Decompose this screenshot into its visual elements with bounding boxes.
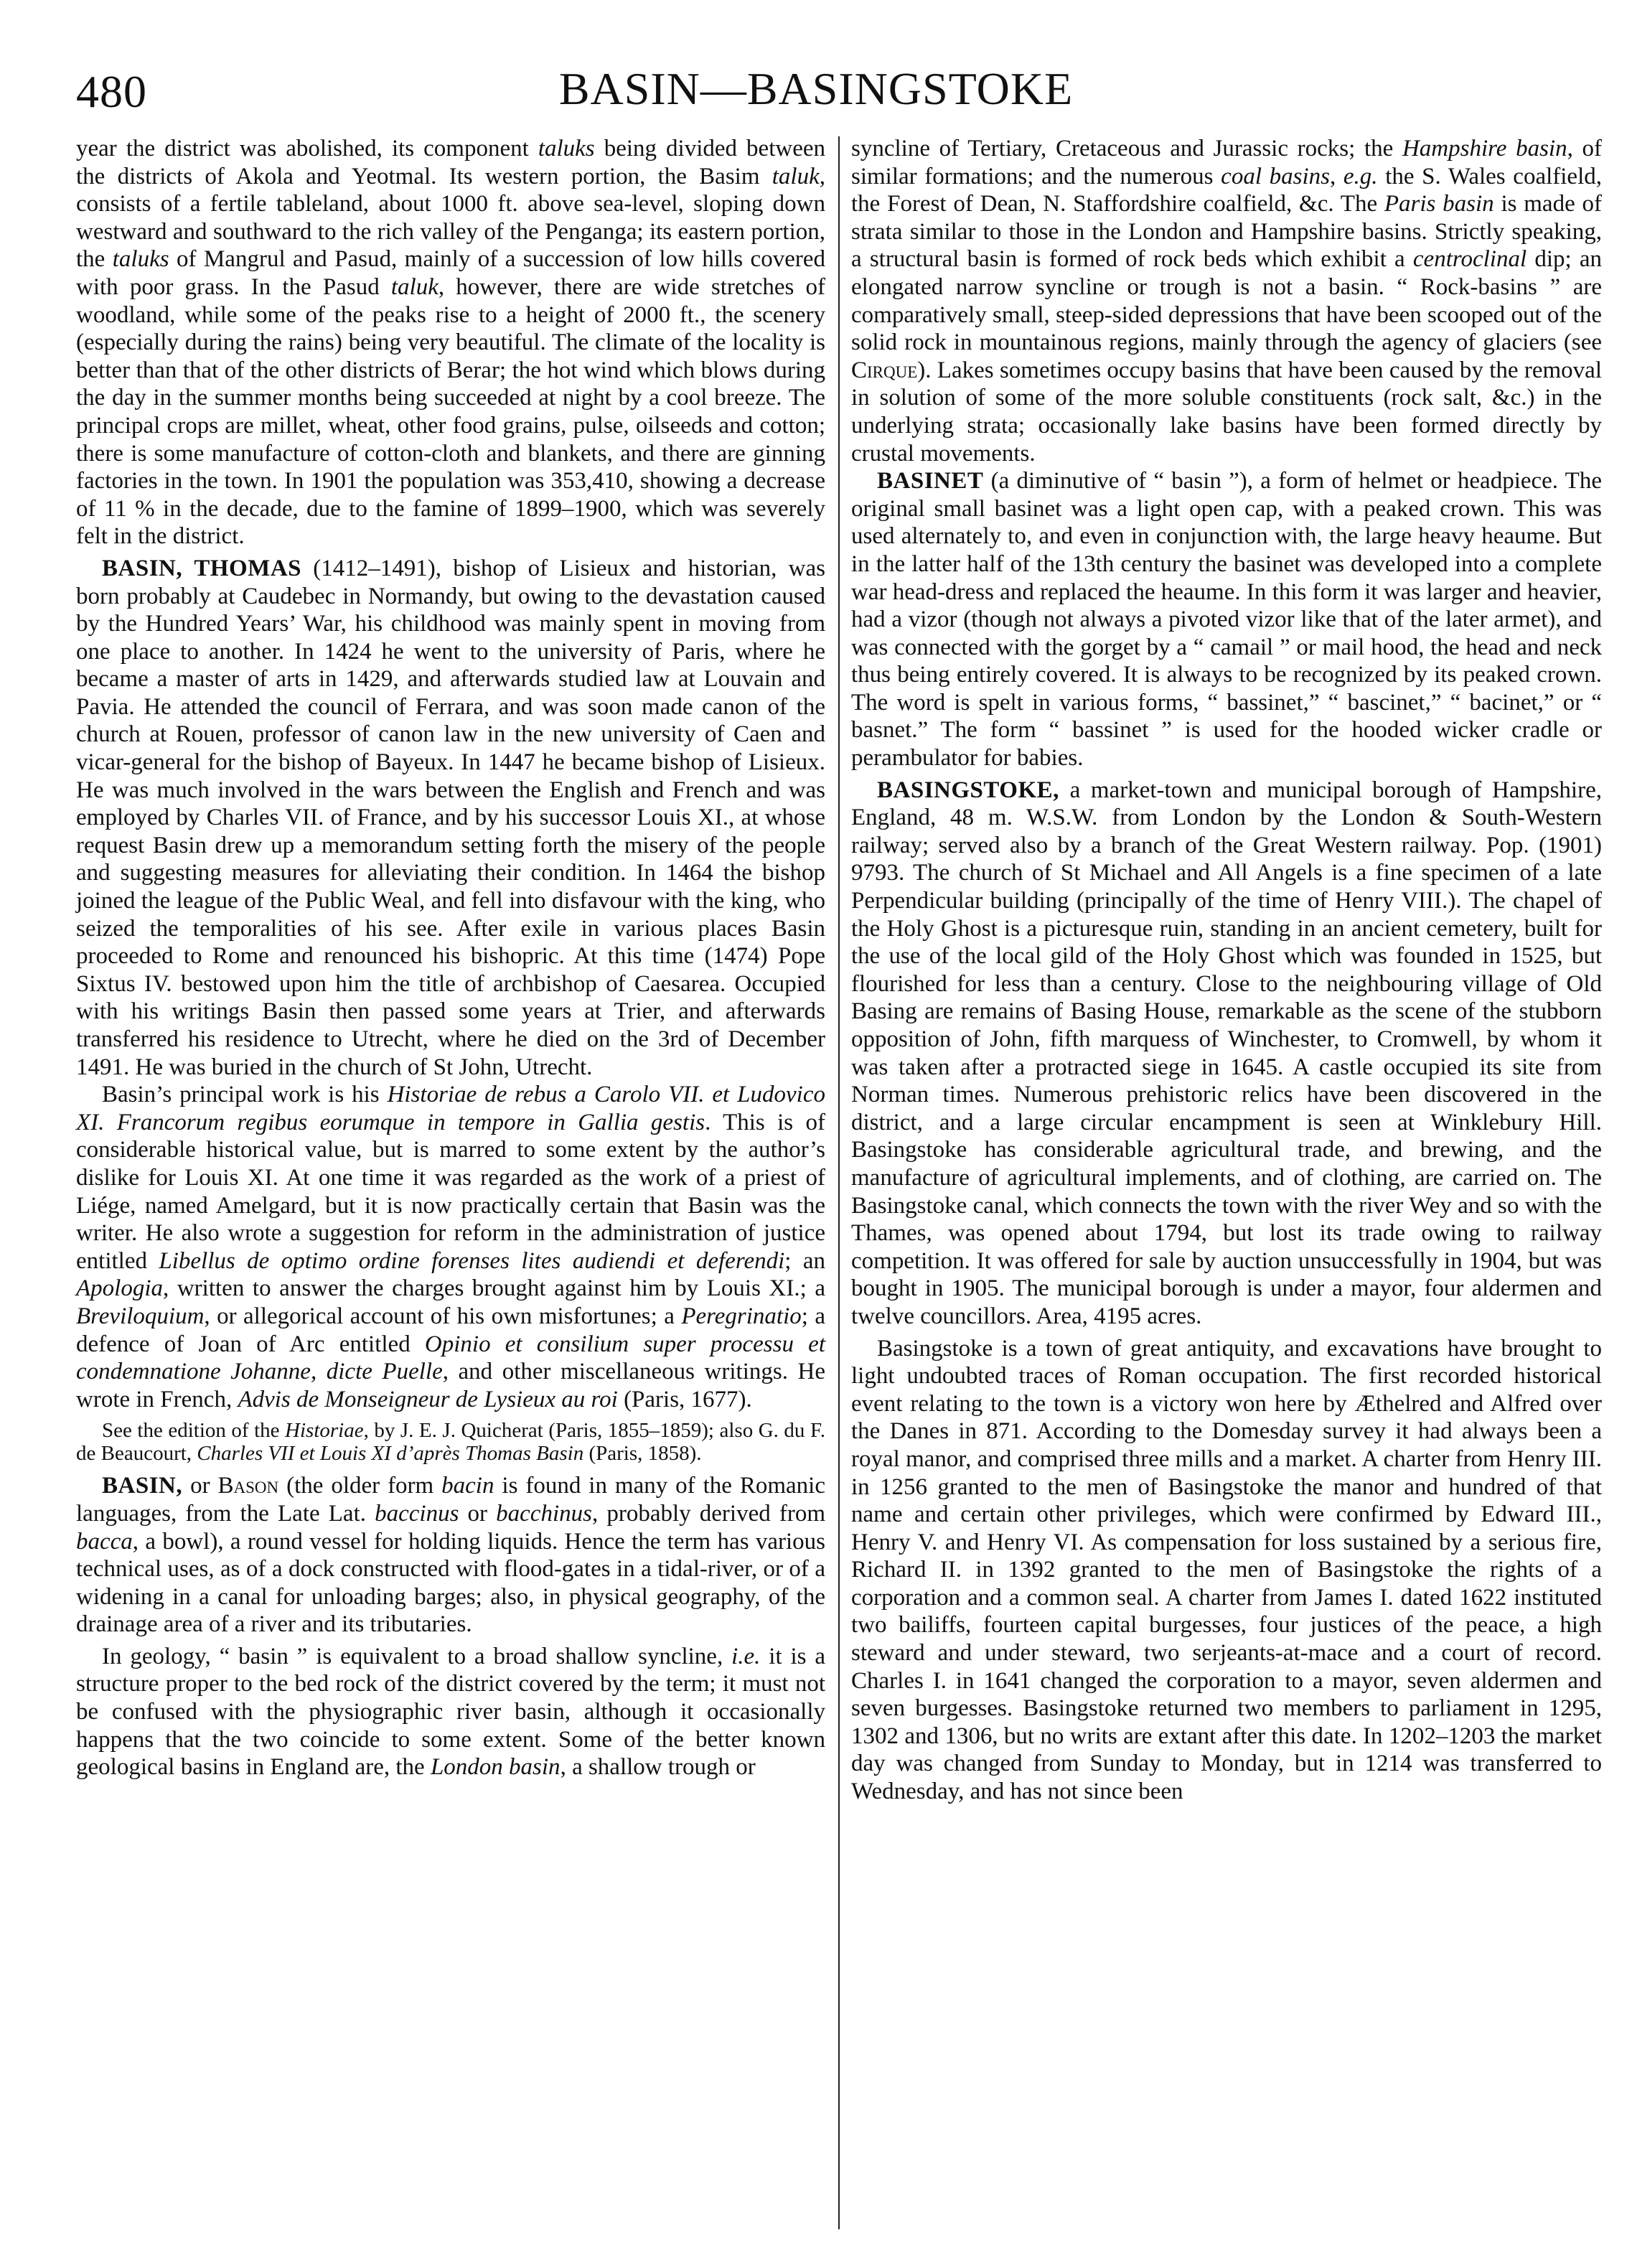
bibliography-note: See the edition of the Historiae, by J. … <box>76 1419 825 1465</box>
entry-basinet: BASINET (a diminutive of “ basin ”), a f… <box>851 467 1602 772</box>
headword: BASIN, <box>102 1473 182 1499</box>
paragraph-geology-continued: syncline of Tertiary, Cretaceous and Jur… <box>851 135 1602 467</box>
headword: BASIN, THOMAS <box>102 556 301 581</box>
paragraph-geology: In geology, “ basin ” is equivalent to a… <box>76 1643 825 1781</box>
headword: BASINGSTOKE, <box>877 777 1059 803</box>
entry-basingstoke: BASINGSTOKE, a market-town and municipal… <box>851 777 1602 1331</box>
paragraph-basin-works: Basin’s principal work is his Historiae … <box>76 1081 825 1413</box>
left-column: year the district was abolished, its com… <box>76 135 825 1781</box>
paragraph-basingstoke-history: Basingstoke is a town of great antiquity… <box>851 1335 1602 1806</box>
headword: BASINET <box>877 468 983 494</box>
entry-basin-thomas: BASIN, THOMAS (1412–1491), bishop of Lis… <box>76 555 825 1081</box>
column-divider <box>838 136 840 2229</box>
paragraph-berar-district: year the district was abolished, its com… <box>76 135 825 550</box>
right-column: syncline of Tertiary, Cretaceous and Jur… <box>851 135 1602 1806</box>
cross-reference-cirque: Cirque <box>851 357 917 383</box>
running-head: BASIN—BASINGSTOKE <box>0 60 1632 118</box>
entry-basin-vessel: BASIN, or Bason (the older form bacin is… <box>76 1472 825 1639</box>
